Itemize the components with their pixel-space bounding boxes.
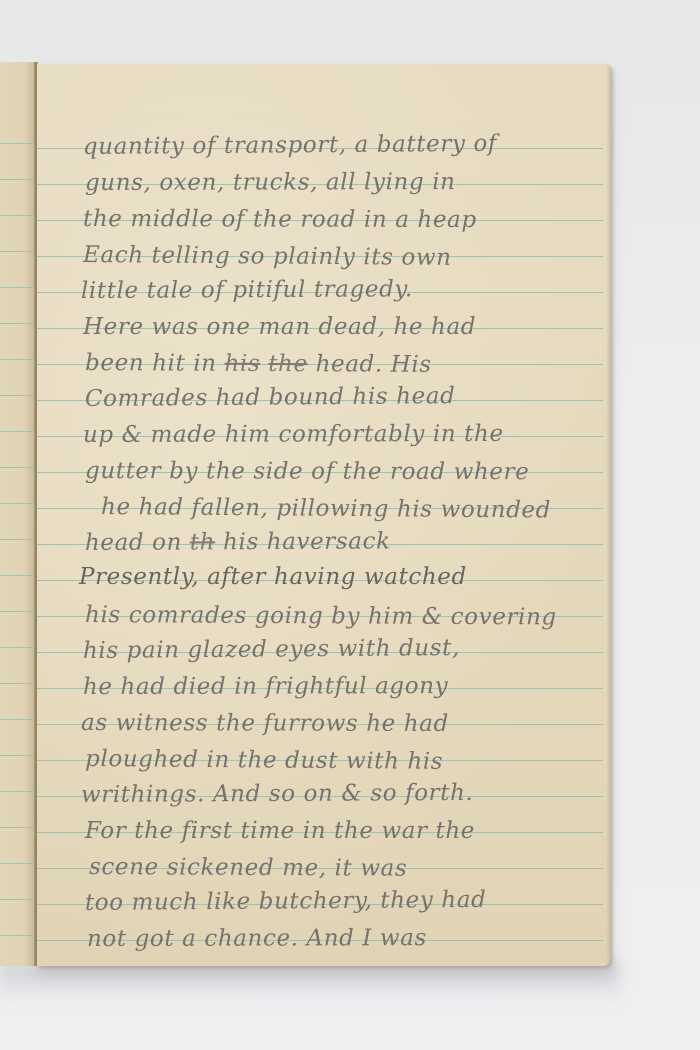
ruled-line xyxy=(0,143,36,144)
handwritten-line-9: up & made him comfortably in the xyxy=(83,421,504,448)
ruled-line xyxy=(0,791,36,792)
ruled-line xyxy=(0,755,36,756)
handwritten-line-17: as witness the furrows he had xyxy=(81,710,449,737)
handwritten-line-6: Here was one man dead, he had xyxy=(83,314,476,340)
ruled-line xyxy=(0,467,36,468)
line-12-text-after: his haversack xyxy=(215,528,391,555)
page-edge-shading xyxy=(606,64,611,966)
struck-word-1: his xyxy=(224,351,260,377)
handwritten-line-15: his pain glazed eyes with dust, xyxy=(83,635,460,664)
ruled-line xyxy=(0,647,36,648)
handwritten-line-16: he had died in frightful agony xyxy=(83,673,448,700)
ruled-line xyxy=(0,431,36,432)
line-7-text-before: been hit in xyxy=(85,350,225,377)
page-shadow xyxy=(0,962,620,1002)
ruled-line xyxy=(0,719,36,720)
handwritten-line-19: writhings. And so on & so forth. xyxy=(81,780,474,808)
handwritten-line-10: gutter by the side of the road where xyxy=(85,458,529,485)
handwritten-line-4: Each telling so plainly its own xyxy=(83,242,452,271)
line-12-text-before: head on xyxy=(85,529,190,556)
ruled-line xyxy=(0,395,36,396)
handwritten-line-7: been hit in his the head. His xyxy=(85,350,432,378)
handwritten-line-18: ploughed in the dust with his xyxy=(85,746,443,775)
line-7-text-after: head. His xyxy=(308,351,432,378)
ruled-line xyxy=(0,179,36,180)
left-page-edge xyxy=(0,62,36,966)
handwritten-line-12: head on th his haversack xyxy=(85,528,391,556)
ruled-line xyxy=(0,575,36,576)
handwritten-line-20: For the first time in the war the xyxy=(85,818,475,844)
ruled-line xyxy=(0,935,36,936)
handwritten-line-11: he had fallen, pillowing his wounded xyxy=(101,494,551,524)
handwritten-line-3: the middle of the road in a heap xyxy=(83,206,477,233)
ruled-line xyxy=(0,215,36,216)
ruled-line xyxy=(0,539,36,540)
ruled-line xyxy=(0,827,36,828)
handwritten-line-1: quantity of transport, a battery of xyxy=(83,131,497,160)
ruled-line xyxy=(0,323,36,324)
handwritten-line-14: his comrades going by him & covering xyxy=(85,602,557,630)
ruled-line xyxy=(0,251,36,252)
ruled-line xyxy=(0,899,36,900)
handwritten-line-13: Presently, after having watched xyxy=(79,564,467,590)
struck-word-2: the xyxy=(268,351,308,377)
handwritten-line-2: guns, oxen, trucks, all lying in xyxy=(85,169,456,196)
handwritten-line-21: scene sickened me, it was xyxy=(89,854,407,882)
ruled-line xyxy=(0,683,36,684)
handwritten-line-23: not got a chance. And I was xyxy=(87,925,427,952)
struck-word-3: th xyxy=(190,529,215,555)
handwritten-line-8: Comrades had bound his head xyxy=(85,383,456,412)
handwritten-line-22: too much like butchery, they had xyxy=(85,887,487,916)
handwritten-line-5: little tale of pitiful tragedy. xyxy=(81,276,413,304)
ruled-line xyxy=(0,287,36,288)
ruled-line xyxy=(0,863,36,864)
ruled-line xyxy=(0,503,36,504)
ruled-line xyxy=(0,611,36,612)
notebook-page: quantity of transport, a battery of guns… xyxy=(37,64,611,966)
ruled-line xyxy=(0,359,36,360)
